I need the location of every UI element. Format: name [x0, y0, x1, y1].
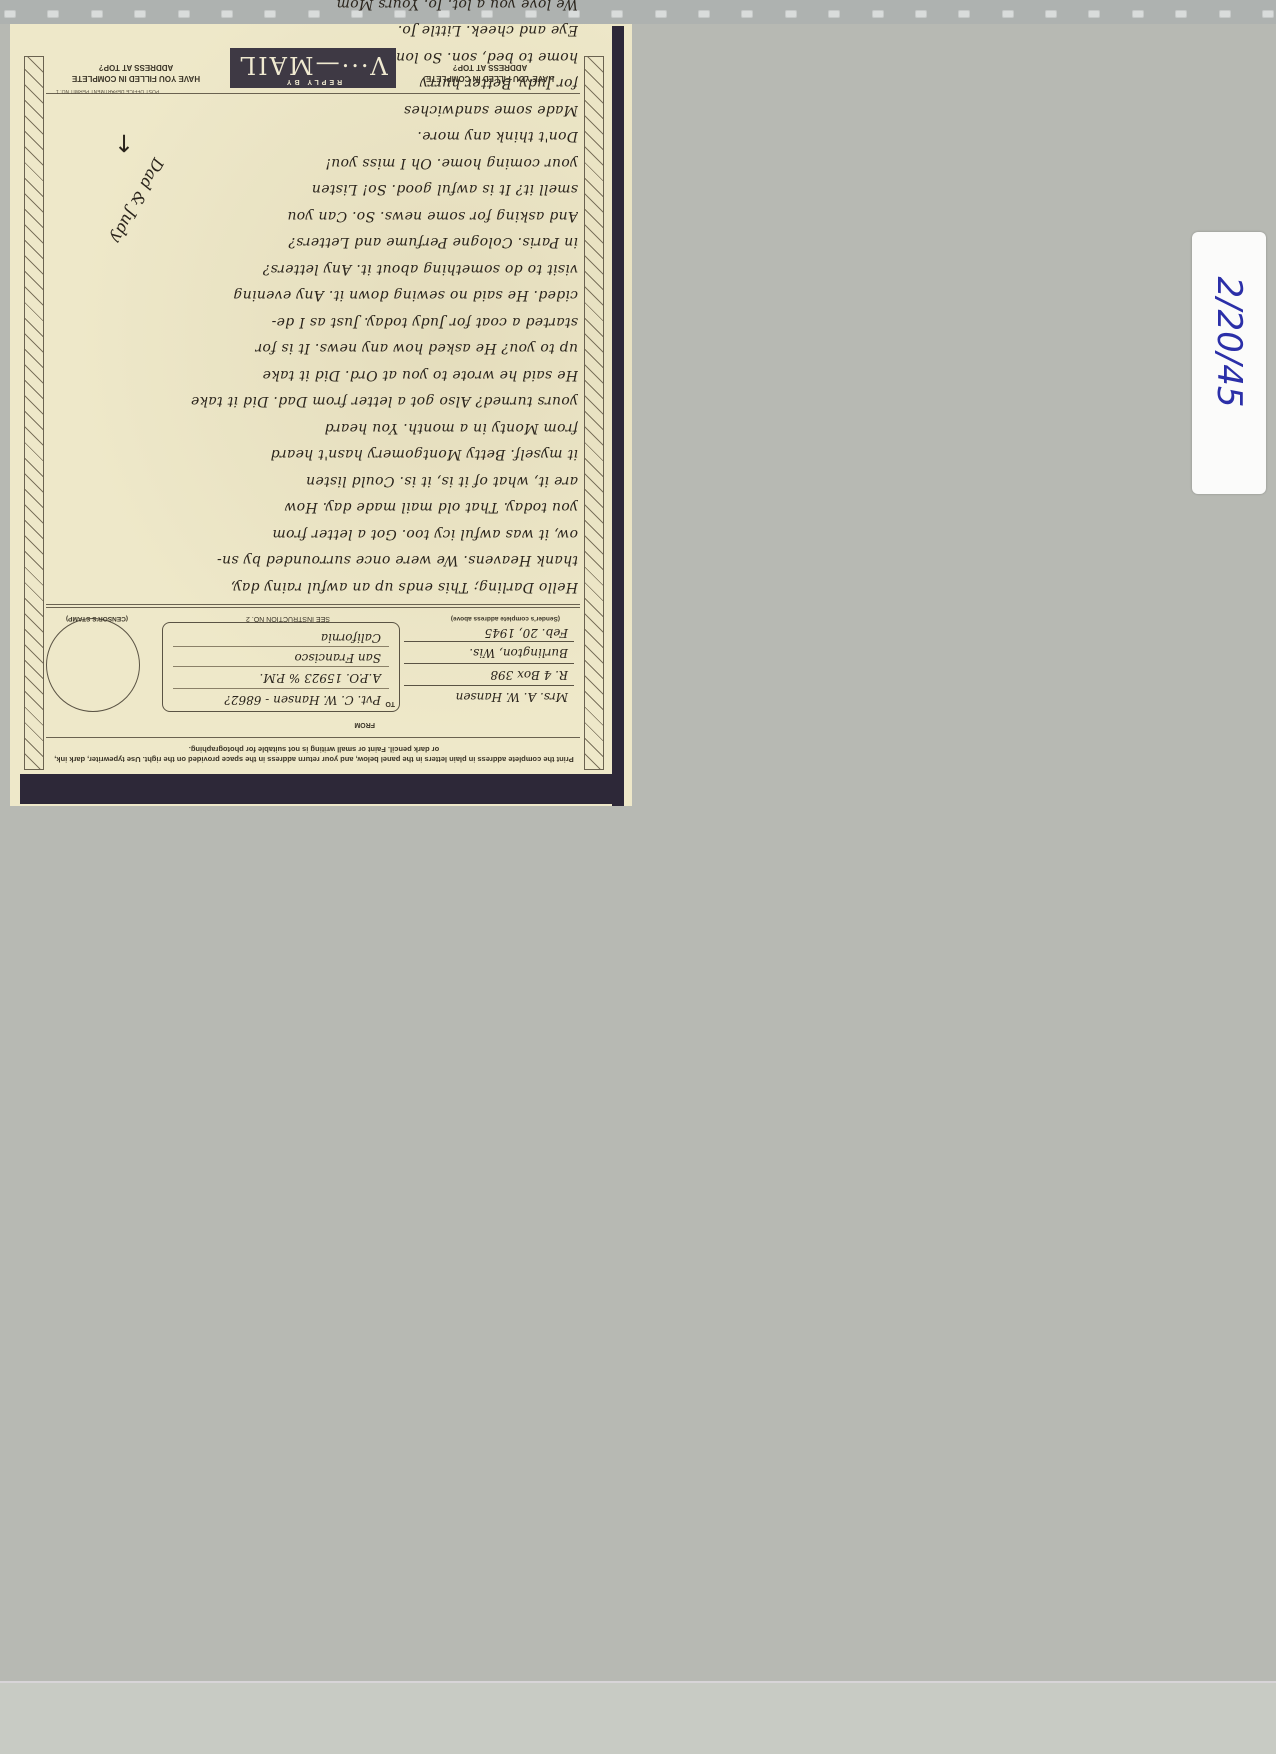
letter-line: He said he wrote to you at Ord. Did it t… [48, 362, 578, 389]
vmail-header: HAVE YOU FILLED IN COMPLETE ADDRESS AT T… [46, 50, 580, 94]
from-label: FROM [354, 721, 375, 728]
recipient-address-box: TO Pvt. C. W. Hansen - 6862? A.P.O. 1592… [162, 622, 400, 712]
punch-hole [4, 10, 16, 18]
see-instruction-label: SEE INSTRUCTION NO. 2 [246, 615, 330, 622]
sticky-note: 2/20/45 [1192, 232, 1266, 494]
vmail-logo: REPLY BY V···—MAIL [230, 48, 396, 88]
vmail-letter-sheet: Print the complete address in plain lett… [10, 24, 632, 806]
punch-hole [1132, 10, 1144, 18]
letter-line: it myself. Betty Montgomery hasn't heard [48, 441, 578, 468]
address-rule [173, 666, 389, 667]
letter-line: thank Heavens. We were once surrounded b… [48, 547, 578, 574]
letter-line: are it, what of it is, it is. Could list… [48, 468, 578, 495]
punch-hole [611, 10, 623, 18]
punch-hole [958, 10, 970, 18]
letter-line: visit to do something about it. Any lett… [48, 256, 578, 283]
divider [46, 737, 580, 738]
letter-line: Eye and cheek. Little Jo. [48, 17, 578, 44]
sleeve-bottom-edge [0, 1681, 1276, 1754]
letter-line: up to you? He asked how any news. It is … [48, 335, 578, 362]
address-prompt-right: HAVE YOU FILLED IN COMPLETE ADDRESS AT T… [56, 62, 216, 84]
letter-line: started a coat for Judy today. Just as I… [48, 309, 578, 336]
instructions-text: Print the complete address in plain lett… [54, 744, 574, 764]
vmail-title: V···—MAIL [230, 52, 396, 78]
sender-date: Feb. 20, 1945 [484, 626, 568, 640]
sender-route: R. 4 Box 398 [490, 668, 568, 682]
address-rule [173, 646, 389, 647]
letter-line: ow, it was awful icy too. Got a letter f… [48, 521, 578, 548]
punch-hole [655, 10, 667, 18]
scan-shadow-edge [612, 26, 624, 806]
punch-hole [915, 10, 927, 18]
address-prompt-left: HAVE YOU FILLED IN COMPLETE ADDRESS AT T… [410, 62, 570, 84]
letter-line: We love you a lot. Jo. Yours Mom [48, 0, 578, 17]
sender-name: Mrs. A. W. Hansen [456, 690, 568, 704]
punch-hole [1262, 10, 1274, 18]
hatched-margin-right [24, 56, 44, 770]
sender-rule [404, 641, 574, 642]
divider [46, 607, 580, 608]
letter-line: you today. That old mail made day. How [48, 494, 578, 521]
sender-caption: (Sender's complete address above) [451, 615, 560, 622]
letter-line: Made some sandwiches [48, 97, 578, 124]
sender-rule [404, 685, 574, 686]
punch-hole [1045, 10, 1057, 18]
address-rule [173, 688, 389, 689]
punch-hole [698, 10, 710, 18]
sender-rule [404, 663, 574, 664]
punch-hole [1219, 10, 1231, 18]
recipient-apo: A.P.O. 15923 % P.M. [260, 671, 381, 685]
punch-hole [828, 10, 840, 18]
vmail-form-frame: Print the complete address in plain lett… [24, 50, 604, 770]
recipient-state: California [321, 631, 381, 645]
punch-hole [1175, 10, 1187, 18]
post-office-note: POST OFFICE DEPARTMENT PERMIT NO. 1 [56, 88, 159, 94]
sender-city: Burlington, Wis. [469, 646, 568, 660]
letter-line: yours turned? Also got a letter from Dad… [48, 388, 578, 415]
punch-hole [785, 10, 797, 18]
hatched-margin-left [584, 56, 604, 770]
to-label: TO [385, 700, 395, 707]
punch-hole [872, 10, 884, 18]
letter-line: Hello Darling; This ends up an awful rai… [48, 574, 578, 601]
letter-line: cided. He said no sewing down it. Any ev… [48, 282, 578, 309]
scan-shadow-band [20, 774, 620, 804]
reply-by-label: REPLY BY [230, 78, 396, 88]
address-panel: FROM Mrs. A. W. Hansen R. 4 Box 398 Burl… [46, 612, 580, 730]
punch-hole [1088, 10, 1100, 18]
letter-line: from Monty in a month. You heard [48, 415, 578, 442]
censor-stamp-circle [46, 618, 140, 712]
divider [46, 604, 580, 605]
recipient-city: San Francisco [294, 651, 381, 665]
sticky-note-date: 2/20/45 [1209, 276, 1249, 407]
censor-stamp-label: (CENSOR'S STAMP) [66, 615, 128, 622]
punch-hole [741, 10, 753, 18]
punch-hole [1002, 10, 1014, 18]
recipient-name: Pvt. C. W. Hansen - 6862? [224, 693, 381, 707]
